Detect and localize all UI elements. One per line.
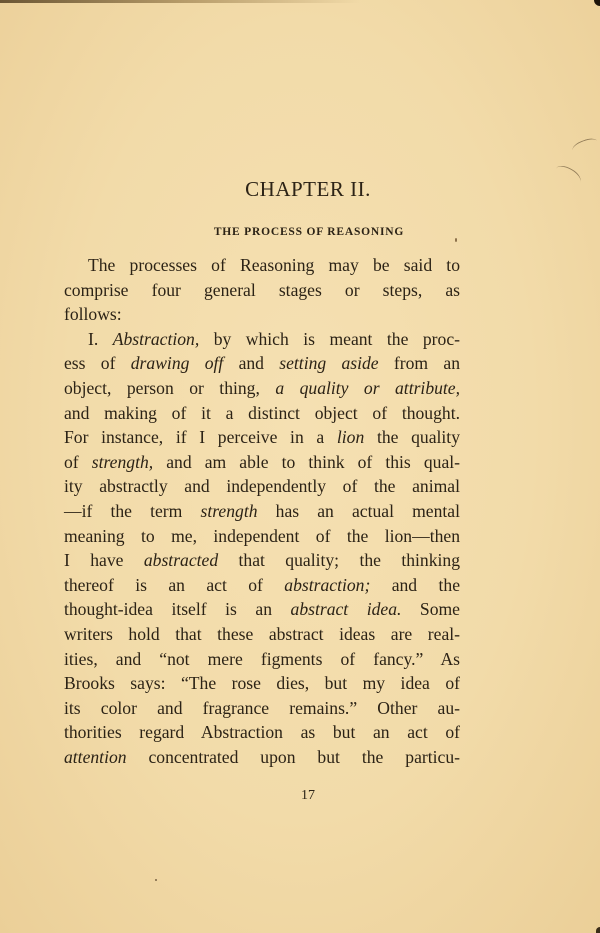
text-run: thorities regard Abstraction as but an a… xyxy=(64,722,460,742)
italic-text: drawing off xyxy=(131,353,224,373)
text-run: and making of it a distinct object of th… xyxy=(64,403,460,423)
stray-hair-mark xyxy=(571,136,599,155)
text-line: meaning to me, independent of the lion—t… xyxy=(64,524,460,549)
text-line: For instance, if I perceive in a lion th… xyxy=(64,425,460,450)
body-text: The processes of Reasoning may be said t… xyxy=(64,253,460,769)
page-number: 17 xyxy=(0,788,600,804)
text-run: has an actual mental xyxy=(258,501,460,521)
text-run: its color and fragrance remains.” Other … xyxy=(64,698,460,718)
text-line: ities, and “not mere figments of fancy.”… xyxy=(64,647,460,672)
text-run: thereof is an act of xyxy=(64,575,284,595)
text-line: writers hold that these abstract ideas a… xyxy=(64,622,460,647)
text-line: ity abstractly and independently of the … xyxy=(64,474,460,499)
page-corner-top-right xyxy=(594,0,600,6)
text-run: and xyxy=(223,353,279,373)
text-line: object, person or thing, a quality or at… xyxy=(64,376,460,401)
chapter-subtitle: THE PROCESS OF REASONING xyxy=(0,226,600,238)
page-corner-bottom-right xyxy=(596,927,600,933)
italic-text: setting aside xyxy=(279,353,378,373)
text-run: ess of xyxy=(64,353,131,373)
text-run: by which is meant the proc- xyxy=(199,329,460,349)
text-line: Brooks says: “The rose dies, but my idea… xyxy=(64,671,460,696)
speck-mark xyxy=(455,238,457,242)
text-run: thought-idea itself is an xyxy=(64,599,291,619)
text-run: from an xyxy=(379,353,460,373)
speck-mark xyxy=(155,879,157,881)
paragraph-abstraction: I. Abstraction, by which is meant the pr… xyxy=(64,327,460,770)
text-run: and am able to think of this qual- xyxy=(153,452,460,472)
text-line: and making of it a distinct object of th… xyxy=(64,401,460,426)
text-line: thorities regard Abstraction as but an a… xyxy=(64,720,460,745)
text-run: of xyxy=(64,452,92,472)
text-line: of strength, and am able to think of thi… xyxy=(64,450,460,475)
italic-text: abstraction; xyxy=(284,575,370,595)
text-run: For instance, if I perceive in a xyxy=(64,427,337,447)
text-run: object, person or thing, xyxy=(64,378,275,398)
text-line: I have abstracted that quality; the thin… xyxy=(64,548,460,573)
italic-text: abstracted xyxy=(144,550,218,570)
text-run: ity abstractly and independently of the … xyxy=(64,476,460,496)
text-run: the quality xyxy=(364,427,460,447)
book-page: CHAPTER II. THE PROCESS OF REASONING The… xyxy=(0,0,600,933)
text-line: The processes of Reasoning may be said t… xyxy=(64,253,460,278)
page-top-edge-shadow xyxy=(0,0,600,3)
text-run: writers hold that these abstract ideas a… xyxy=(64,624,460,644)
text-run: I have xyxy=(64,550,144,570)
text-line: ess of drawing off and setting aside fro… xyxy=(64,351,460,376)
text-line: comprise four general stages or steps, a… xyxy=(64,278,460,303)
text-run: —if the term xyxy=(64,501,200,521)
italic-text: lion xyxy=(337,427,364,447)
chapter-heading: CHAPTER II. xyxy=(0,177,600,202)
text-line: thereof is an act of abstraction; and th… xyxy=(64,573,460,598)
text-run: that quality; the thinking xyxy=(218,550,460,570)
italic-text: strength, xyxy=(92,452,153,472)
italic-text: Abstraction, xyxy=(113,329,200,349)
text-run: meaning to me, independent of the lion—t… xyxy=(64,526,460,546)
italic-text: a quality or attribute, xyxy=(275,378,460,398)
italic-text: strength xyxy=(200,501,257,521)
text-run: and the xyxy=(370,575,460,595)
text-line: thought-idea itself is an abstract idea.… xyxy=(64,597,460,622)
text-line: —if the term strength has an actual ment… xyxy=(64,499,460,524)
text-run: concentrated upon but the particu- xyxy=(127,747,460,767)
text-run: Brooks says: “The rose dies, but my idea… xyxy=(64,673,460,693)
italic-text: abstract idea. xyxy=(291,599,402,619)
text-line: attention concentrated upon but the part… xyxy=(64,745,460,770)
text-run: Some xyxy=(401,599,460,619)
text-run: ities, and “not mere figments of fancy.”… xyxy=(64,649,460,669)
italic-text: attention xyxy=(64,747,127,767)
text-line: follows: xyxy=(64,302,460,327)
text-line: I. Abstraction, by which is meant the pr… xyxy=(64,327,460,352)
text-line: its color and fragrance remains.” Other … xyxy=(64,696,460,721)
text-run: I. xyxy=(88,329,113,349)
